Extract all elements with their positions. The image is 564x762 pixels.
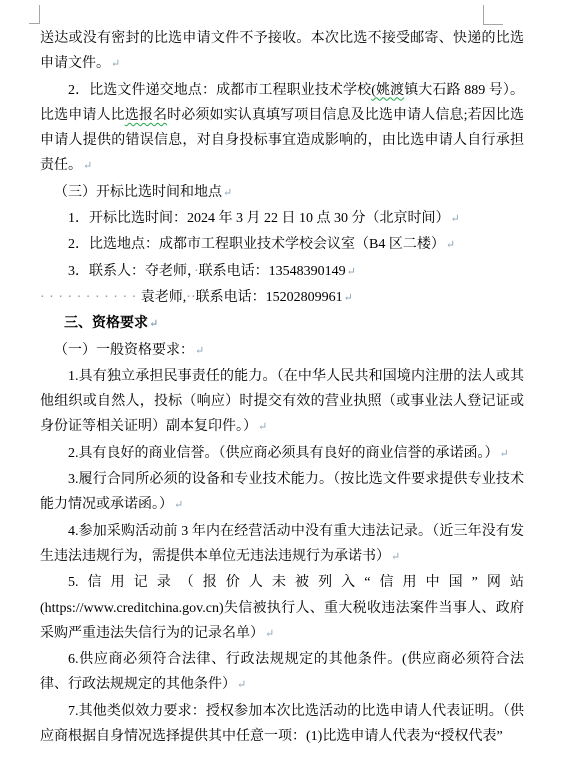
heading-text: （一）一般资格要求：	[54, 343, 194, 358]
paragraph-text: 3.履行合同所必须的设备和专业技术能力。（按比选文件要求提供专业技术能力情况或承…	[40, 472, 524, 512]
spellcheck-flagged-text: (姚渡	[371, 83, 404, 98]
heading-text: 三、资格要求	[64, 316, 148, 331]
heading-general-qualification: （一）一般资格要求：↵	[40, 338, 524, 364]
paragraph-text: 3．联系人：夺老师，	[68, 264, 194, 279]
spellcheck-flagged-text: 选报名	[125, 108, 167, 123]
heading-text: （三）开标比选时间和地点	[54, 185, 222, 200]
space-mark-icon: ··	[186, 290, 195, 305]
paragraph-text: 2．比选地点：成都市工程职业技术学校会议室（B4 区二楼）	[68, 237, 445, 252]
paragraph-text: 1．开标比选时间：2024 年 3 月 22 日 10 点 30 分（北京时间）	[68, 211, 450, 226]
document-body: 送达或没有密封的比选申请文件不予接收。本次比选不接受邮寄、快递的比选申请文件。↵…	[40, 26, 524, 749]
paragraph-submission-location: 2．比选文件递交地点：成都市工程职业技术学校(姚渡镇大石路 889 号）。比选申…	[40, 78, 524, 180]
paragraph-requirement-3: 3.履行合同所必须的设备和专业技术能力。（按比选文件要求提供专业技术能力情况或承…	[40, 467, 524, 519]
paragraph-text: 1.具有独立承担民事责任的能力。（在中华人民共和国境内注册的法人或其他组织或自然…	[40, 369, 524, 435]
paragraph-mark-icon: ↵	[264, 628, 274, 640]
document-page: 送达或没有密封的比选申请文件不予接收。本次比选不接受邮寄、快递的比选申请文件。↵…	[0, 0, 564, 762]
paragraph-mark-icon: ↵	[110, 58, 120, 70]
paragraph-mark-icon: ↵	[222, 187, 232, 199]
paragraph-mark-icon: ↵	[194, 345, 204, 357]
paragraph-text: 7.其他类似效力要求：授权参加本次比选活动的比选申请人代表证明。（供应商根据自身…	[40, 704, 524, 744]
paragraph-mark-icon: ↵	[82, 160, 92, 172]
paragraph-mark-icon: ↵	[257, 421, 267, 433]
paragraph-requirement-2: 2.具有良好的商业信誉。（供应商必须具有良好的商业信誉的承诺函。）↵	[40, 441, 524, 467]
paragraph-text: 6.供应商必须符合法律、行政法规规定的其他条件。(供应商必须符合法律、行政法规规…	[40, 652, 524, 692]
paragraph-mark-icon: ↵	[236, 679, 246, 691]
paragraph-mark-icon: ↵	[450, 213, 460, 225]
paragraph-requirement-5: 5.信用记录（报价人未被列入“信用中国”网站(https://www.credi…	[40, 570, 524, 647]
space-leader-dots-icon: ···········	[40, 290, 141, 305]
heading-qualification-requirements: 三、资格要求↵	[40, 311, 524, 337]
paragraph-mark-icon: ↵	[390, 551, 400, 563]
contact-phone-text: 联系电话：13548390149	[199, 264, 346, 279]
paragraph-mark-icon: ↵	[148, 318, 158, 330]
paragraph-contact-1: 3．联系人：夺老师，·联系电话：13548390149↵	[40, 259, 524, 285]
paragraph-mark-icon: ↵	[346, 266, 356, 278]
paragraph-text: 2.具有良好的商业信誉。（供应商必须具有良好的商业信誉的承诺函。）	[68, 446, 499, 461]
paragraph-mark-icon: ↵	[343, 292, 353, 304]
paragraph-delivery-note: 送达或没有密封的比选申请文件不予接收。本次比选不接受邮寄、快递的比选申请文件。↵	[40, 26, 524, 78]
heading-opening-time-location: （三）开标比选时间和地点↵	[40, 180, 524, 206]
paragraph-mark-icon: ↵	[499, 448, 509, 460]
contact-name-text: 袁老师,	[141, 290, 187, 305]
margin-crop-mark-top-left-icon	[29, 5, 40, 24]
paragraph-text: 4.参加采购活动前 3 年内在经营活动中没有重大违法记录。（近三年没有发生违法违…	[40, 524, 524, 564]
paragraph-text: 2．比选文件递交地点：成都市工程职业技术学校	[68, 83, 371, 98]
contact-phone-text: 联系电话：15202809961	[196, 290, 343, 305]
paragraph-mark-icon: ↵	[445, 239, 455, 251]
paragraph-opening-location: 2．比选地点：成都市工程职业技术学校会议室（B4 区二楼）↵	[40, 232, 524, 258]
paragraph-requirement-7: 7.其他类似效力要求：授权参加本次比选活动的比选申请人代表证明。（供应商根据自身…	[40, 699, 524, 750]
paragraph-requirement-6: 6.供应商必须符合法律、行政法规规定的其他条件。(供应商必须符合法律、行政法规规…	[40, 647, 524, 699]
paragraph-requirement-1: 1.具有独立承担民事责任的能力。（在中华人民共和国境内注册的法人或其他组织或自然…	[40, 364, 524, 441]
paragraph-opening-time: 1．开标比选时间：2024 年 3 月 22 日 10 点 30 分（北京时间）…	[40, 206, 524, 232]
margin-crop-mark-top-right-icon	[483, 5, 503, 25]
paragraph-contact-2: ···········袁老师,··联系电话：15202809961↵	[40, 285, 524, 311]
paragraph-text: 5.信用记录（报价人未被列入“信用中国”网站(https://www.credi…	[40, 575, 524, 641]
paragraph-requirement-4: 4.参加采购活动前 3 年内在经营活动中没有重大违法记录。（近三年没有发生违法违…	[40, 519, 524, 571]
paragraph-mark-icon: ↵	[173, 499, 183, 511]
